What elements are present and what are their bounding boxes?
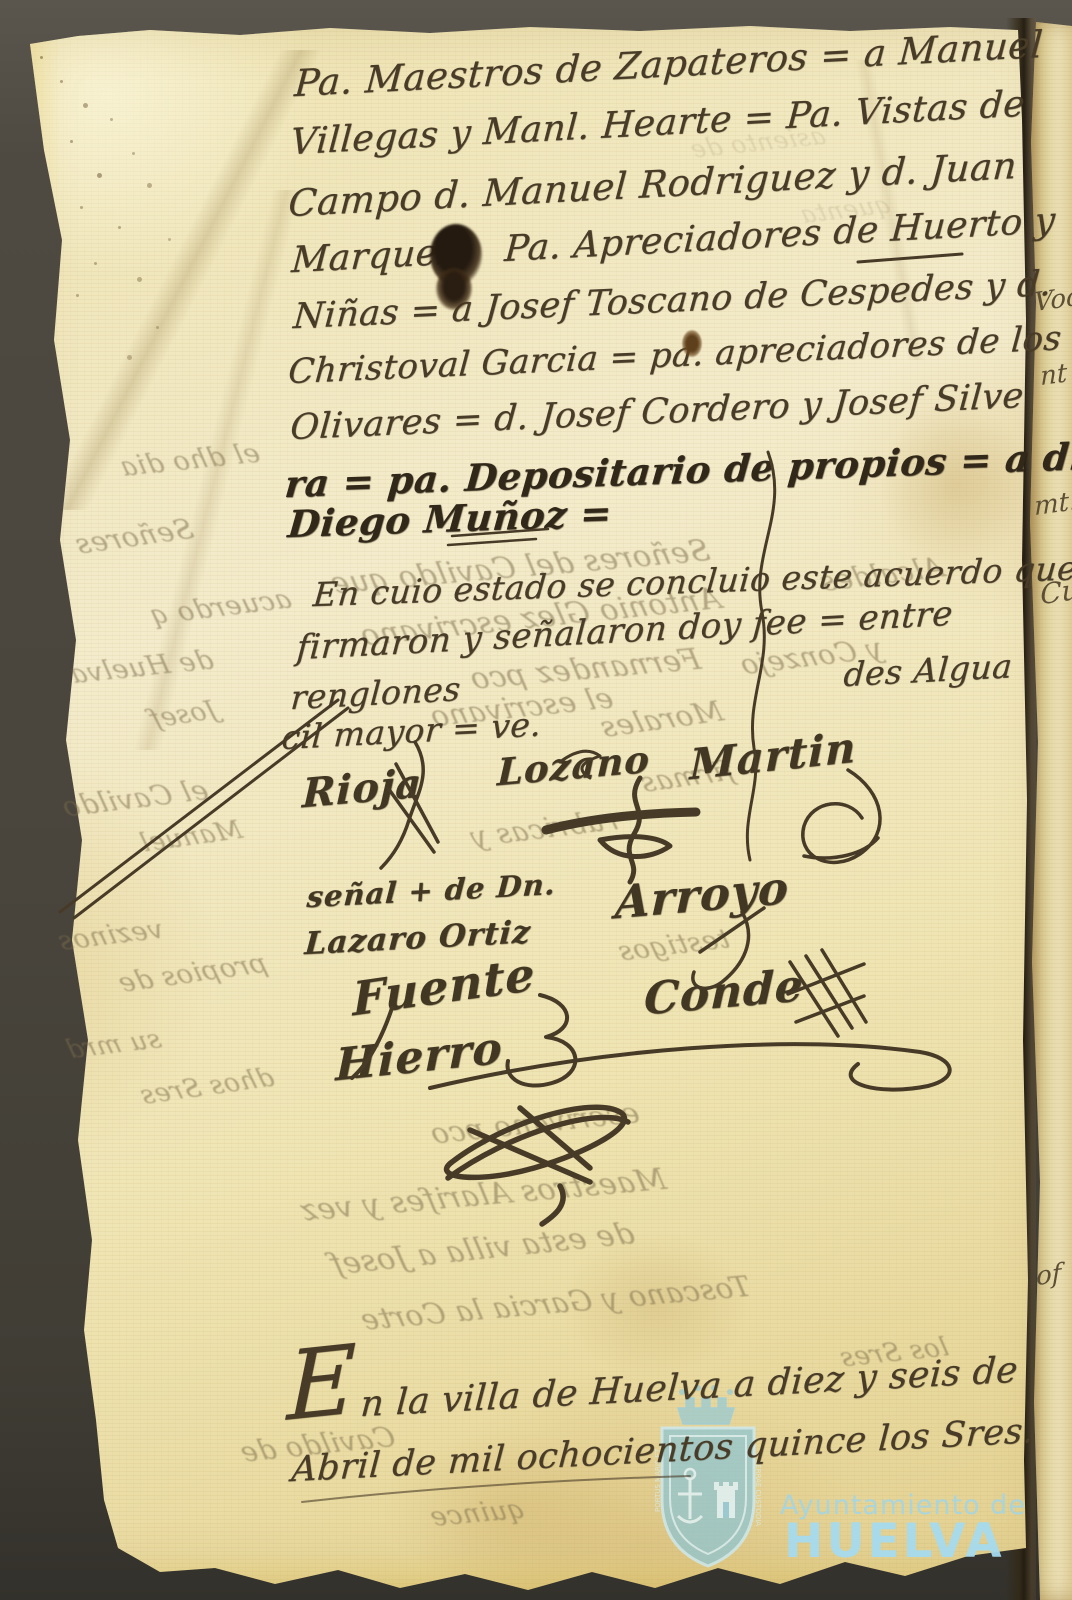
torn-edge-highlight	[0, 0, 1072, 1600]
shield-motto-right: TERRAE CUSTODIA	[754, 1459, 762, 1526]
huelva-coat-of-arms-watermark: PORTUS MARIS ET TERRAE CUSTODIA	[648, 1378, 768, 1578]
age-stain	[380, 1430, 640, 1590]
ink-blot	[436, 268, 472, 310]
foxing-speckles	[40, 56, 43, 59]
age-stain	[880, 400, 1030, 570]
watermark-city: HUELVA	[784, 1514, 1005, 1569]
archive-scan: Vocntmt.Cuof el dho diaSeñoresacuerdo qd…	[0, 0, 1072, 1600]
shield-body	[662, 1428, 754, 1566]
ink-stain-dot	[682, 330, 702, 357]
paper-crease	[34, 50, 334, 510]
castle-charge	[714, 1482, 738, 1518]
crown	[678, 1398, 734, 1424]
paper-crease	[760, 60, 1020, 360]
shield-motto-left: PORTUS MARIS ET	[654, 1448, 662, 1512]
paper-crease	[52, 190, 382, 750]
manuscript-page	[0, 0, 1072, 1600]
age-stain	[560, 1230, 750, 1380]
